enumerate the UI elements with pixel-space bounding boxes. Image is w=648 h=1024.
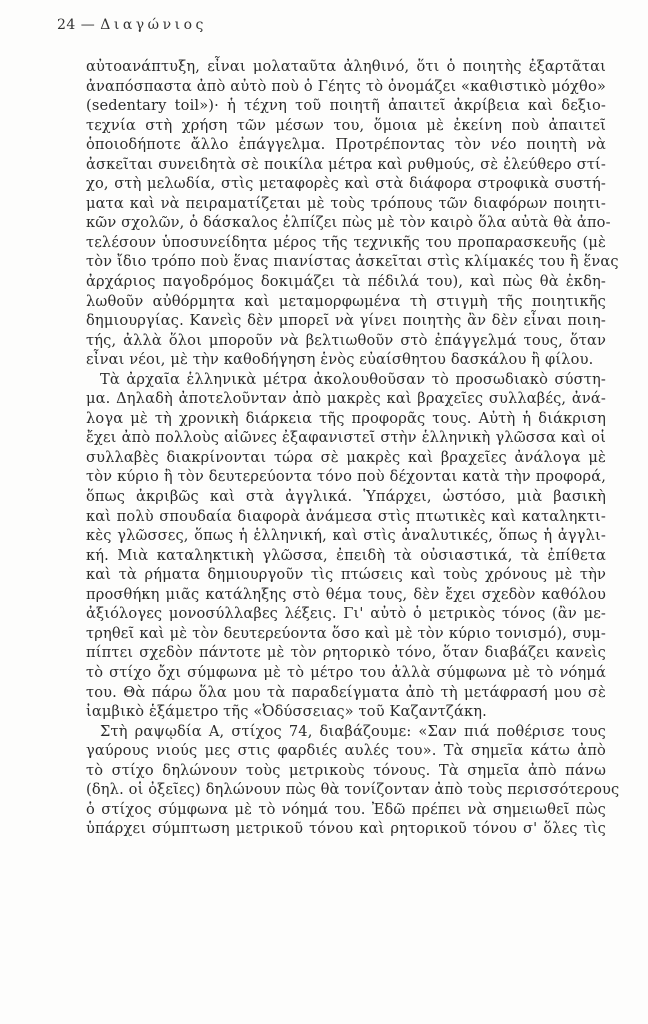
paragraph-2: Τὰ ἀρχαῖα ἑλληνικὰ μέτρα ἀκολουθοῦσαν τὸ… (86, 370, 606, 722)
text-line: ὁ στίχος σύμφωνα μὲ τὸ νόημά του. Ἐδῶ πρ… (86, 800, 606, 820)
text-line: λογα μὲ τὴ χρονικὴ διάρκεια τῆς προφορᾶς… (86, 409, 606, 429)
text-line: ὑπάρχει σύμπτωση μετρικοῦ τόνου καὶ ρητο… (86, 819, 606, 839)
text-line: τὸν κύριο ἢ τὸν δευτερεύοντα τόνο ποὺ δέ… (86, 467, 606, 487)
text-line: ὁποιοδήποτε ἄλλο ἐπάγγελμα. Προτρέποντας… (86, 135, 606, 155)
text-line: ἀναπόσπαστα ἀπὸ αὐτὸ ποὺ ὁ Γέητς τὸ ὀνομ… (86, 77, 606, 97)
text-line: κή. Μιὰ καταληκτικὴ γλῶσσα, ἐπειδὴ τὰ οὐ… (86, 546, 606, 566)
text-line: πίπτει σχεδὸν πάντοτε μὲ τὸν ρητορικὸ τό… (86, 643, 606, 663)
chapter-title: Διαγώνιος (100, 17, 207, 33)
text-line: κὲς γλῶσσες, ὅπως ἡ ἑλληνική, καὶ στὶς ἀ… (86, 526, 606, 546)
text-line: ἰαμβικὸ ἑξάμετρο τῆς «Ὀδύσσειας» τοῦ Καζ… (86, 702, 606, 722)
text-line: τὸ στίχο ὄχι σύμφωνα μὲ τὸ μέτρο του ἀλλ… (86, 663, 606, 683)
text-line: χο, στὴ μελωδία, στὶς μεταφορὲς καὶ στὰ … (86, 174, 606, 194)
text-line: Τὰ ἀρχαῖα ἑλληνικὰ μέτρα ἀκολουθοῦσαν τὸ… (86, 370, 606, 390)
text-line: τής, ἀλλὰ ὅλοι μποροῦν νὰ βελτιωθοῦν στὸ… (86, 331, 606, 351)
text-line: λωθοῦν αὐθόρμητα καὶ μεταμορφωμένα τὴ στ… (86, 292, 606, 312)
separator: — (81, 17, 96, 33)
text-line: ὅπως ἀκριβῶς καὶ στὰ ἀγγλικά. Ὑπάρχει, ὡ… (86, 487, 606, 507)
text-line: ἀξιόλογες μονοσύλλαβες λέξεις. Γι' αὐτὸ … (86, 604, 606, 624)
text-line: τρηθεῖ καὶ μὲ τὸν δευτερεύοντα ὅσο καὶ μ… (86, 624, 606, 644)
text-line: καὶ τὰ ρήματα δημιουργοῦν τὶς πτώσεις κα… (86, 565, 606, 585)
text-line: καὶ πολὺ σπουδαία διαφορὰ ἀνάμεσα στὶς π… (86, 507, 606, 527)
text-line: προσθήκη μιᾶς κατάληξης στὸ θέμα τους, δ… (86, 585, 606, 605)
book-page: 24 — Διαγώνιος αὐτοανάπτυξη, εἶναι μολατ… (0, 0, 648, 1024)
text-line: μα. Δηλαδὴ ἀποτελοῦνταν ἀπὸ μακρὲς καὶ β… (86, 389, 606, 409)
text-line: δημιουργίας. Κανεὶς δὲν μπορεῖ νὰ γίνει … (86, 311, 606, 331)
text-line: εἶναι νέοι, μὲ τὴν καθοδήγηση ἑνὸς εὐαίσ… (86, 350, 606, 370)
page-number: 24 (57, 17, 76, 33)
text-line: κῶν σχολῶν, ὁ δάσκαλος ἐλπίζει πὼς μὲ τὸ… (86, 213, 606, 233)
text-line: ἀσκεῖται συνειδητὰ σὲ ποικίλα μέτρα καὶ … (86, 155, 606, 175)
running-head: 24 — Διαγώνιος (57, 17, 207, 33)
text-line: (sedentary toil»)· ἡ τέχνη τοῦ ποιητῆ ἀπ… (86, 96, 606, 116)
text-line: ματα καὶ νὰ πειραματίζεται μὲ τοὺς τρόπο… (86, 194, 606, 214)
text-line: (δηλ. οἱ ὀξεῖες) δηλώνουν πὼς θὰ τονίζον… (86, 780, 606, 800)
text-line: συλλαβὲς διακρίνονται τώρα σὲ μακρὲς καὶ… (86, 448, 606, 468)
text-line: ἀρχάριος παγοδρόμος δοκιμάζει τὰ πέδιλά … (86, 272, 606, 292)
verse-quote-line: Στὴ ραψῳδία Α, στίχος 74, διαβάζουμε: «Σ… (86, 722, 606, 742)
paragraph-3: Στὴ ραψῳδία Α, στίχος 74, διαβάζουμε: «Σ… (86, 722, 606, 839)
body-text: αὐτοανάπτυξη, εἶναι μολαταῦτα ἀληθινό, ὅ… (86, 57, 606, 839)
paragraph-1: αὐτοανάπτυξη, εἶναι μολαταῦτα ἀληθινό, ὅ… (86, 57, 606, 370)
verse-quote-line: γαύρους νιούς μες στις φαρδιές αυλές του… (86, 741, 606, 761)
text-line: ἔχει ἀπὸ πολλοὺς αἰῶνες ἐξαφανιστεῖ στὴν… (86, 428, 606, 448)
text-line: τὸ στίχο δηλώνουν τοὺς μετρικοὺς τόνους.… (86, 761, 606, 781)
text-line: τεχνία στὴ χρήση τῶν μέσων του, ὅμοια μὲ… (86, 116, 606, 136)
text-line: του. Θὰ πάρω ὅλα μου τὰ παραδείγματα ἀπὸ… (86, 683, 606, 703)
text-line: τὸν ἴδιο τρόπο ποὺ ἕνας πιανίστας ἀσκεῖτ… (86, 252, 606, 272)
text-line: αὐτοανάπτυξη, εἶναι μολαταῦτα ἀληθινό, ὅ… (86, 57, 606, 77)
text-line: τελέσουν ὑποσυνείδητα μέρος τῆς τεχνικῆς… (86, 233, 606, 253)
